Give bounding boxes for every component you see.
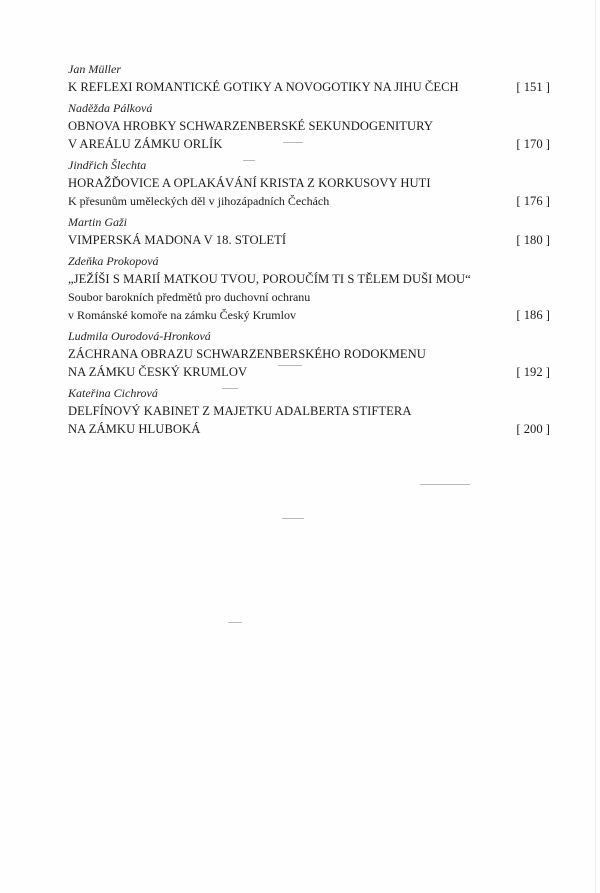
page-edge-shadow (595, 0, 596, 893)
entry-author: Zdeňka Prokopová (68, 253, 550, 270)
entry-title-line: V AREÁLU ZÁMKU ORLÍK (68, 135, 550, 153)
entry-author: Naděžda Pálková (68, 100, 550, 117)
entry-author: Martin Gaži (68, 214, 550, 231)
entry-title: HORAŽĎOVICE A OPLAKÁVÁNÍ KRISTA Z KORKUS… (68, 174, 550, 192)
toc-entry[interactable]: Kateřina Cichrová DELFÍNOVÝ KABINET Z MA… (68, 385, 550, 438)
table-of-contents: Jan Müller K REFLEXI ROMANTICKÉ GOTIKY A… (68, 61, 550, 442)
entry-title: OBNOVA HROBKY SCHWARZENBERSKÉ SEKUNDOGEN… (68, 117, 550, 153)
entry-subtitle-line: Soubor barokních předmětů pro duchovní o… (68, 288, 550, 306)
entry-title-line: NA ZÁMKU HLUBOKÁ (68, 420, 550, 438)
entry-title-line: ZÁCHRANA OBRAZU SCHWARZENBERSKÉHO RODOKM… (68, 345, 550, 363)
entry-page-number: [ 192 ] (516, 363, 550, 381)
entry-author: Jindřich Šlechta (68, 157, 550, 174)
entry-title-line: HORAŽĎOVICE A OPLAKÁVÁNÍ KRISTA Z KORKUS… (68, 174, 550, 192)
scan-mark (282, 518, 304, 519)
entry-title-line: NA ZÁMKU ČESKÝ KRUMLOV (68, 363, 550, 381)
entry-page-number: [ 186 ] (516, 306, 550, 324)
toc-entry[interactable]: Zdeňka Prokopová „JEŽÍŠI S MARIÍ MATKOU … (68, 253, 550, 324)
entry-title: K REFLEXI ROMANTICKÉ GOTIKY A NOVOGOTIKY… (68, 78, 550, 96)
entry-subtitle: Soubor barokních předmětů pro duchovní o… (68, 288, 550, 324)
entry-title-line: VIMPERSKÁ MADONA V 18. STOLETÍ (68, 231, 550, 249)
entry-title: ZÁCHRANA OBRAZU SCHWARZENBERSKÉHO RODOKM… (68, 345, 550, 381)
toc-entry[interactable]: Ludmila Ourodová-Hronková ZÁCHRANA OBRAZ… (68, 328, 550, 381)
toc-entry[interactable]: Jindřich Šlechta HORAŽĎOVICE A OPLAKÁVÁN… (68, 157, 550, 210)
entry-title: DELFÍNOVÝ KABINET Z MAJETKU ADALBERTA ST… (68, 402, 550, 438)
entry-title-line: DELFÍNOVÝ KABINET Z MAJETKU ADALBERTA ST… (68, 402, 550, 420)
toc-entry[interactable]: Martin Gaži VIMPERSKÁ MADONA V 18. STOLE… (68, 214, 550, 249)
scan-mark (228, 622, 242, 623)
entry-author: Jan Müller (68, 61, 550, 78)
entry-title: „JEŽÍŠI S MARIÍ MATKOU TVOU, POROUČÍM TI… (68, 270, 550, 288)
entry-page-number: [ 170 ] (516, 135, 550, 153)
toc-entry[interactable]: Jan Müller K REFLEXI ROMANTICKÉ GOTIKY A… (68, 61, 550, 96)
entry-page-number: [ 200 ] (516, 420, 550, 438)
entry-page-number: [ 176 ] (516, 192, 550, 210)
entry-page-number: [ 180 ] (516, 231, 550, 249)
entry-subtitle-line: K přesunům uměleckých děl v jihozápadníc… (68, 192, 550, 210)
entry-page-number: [ 151 ] (516, 78, 550, 96)
entry-author: Ludmila Ourodová-Hronková (68, 328, 550, 345)
entry-title-line: „JEŽÍŠI S MARIÍ MATKOU TVOU, POROUČÍM TI… (68, 270, 550, 288)
entry-title-line: OBNOVA HROBKY SCHWARZENBERSKÉ SEKUNDOGEN… (68, 117, 550, 135)
entry-subtitle-line: v Románské komoře na zámku Český Krumlov (68, 306, 550, 324)
scanned-page: Jan Müller K REFLEXI ROMANTICKÉ GOTIKY A… (0, 0, 600, 893)
toc-entry[interactable]: Naděžda Pálková OBNOVA HROBKY SCHWARZENB… (68, 100, 550, 153)
entry-title: VIMPERSKÁ MADONA V 18. STOLETÍ (68, 231, 550, 249)
entry-title-line: K REFLEXI ROMANTICKÉ GOTIKY A NOVOGOTIKY… (68, 78, 550, 96)
scan-mark (420, 484, 470, 485)
entry-subtitle: K přesunům uměleckých děl v jihozápadníc… (68, 192, 550, 210)
entry-author: Kateřina Cichrová (68, 385, 550, 402)
